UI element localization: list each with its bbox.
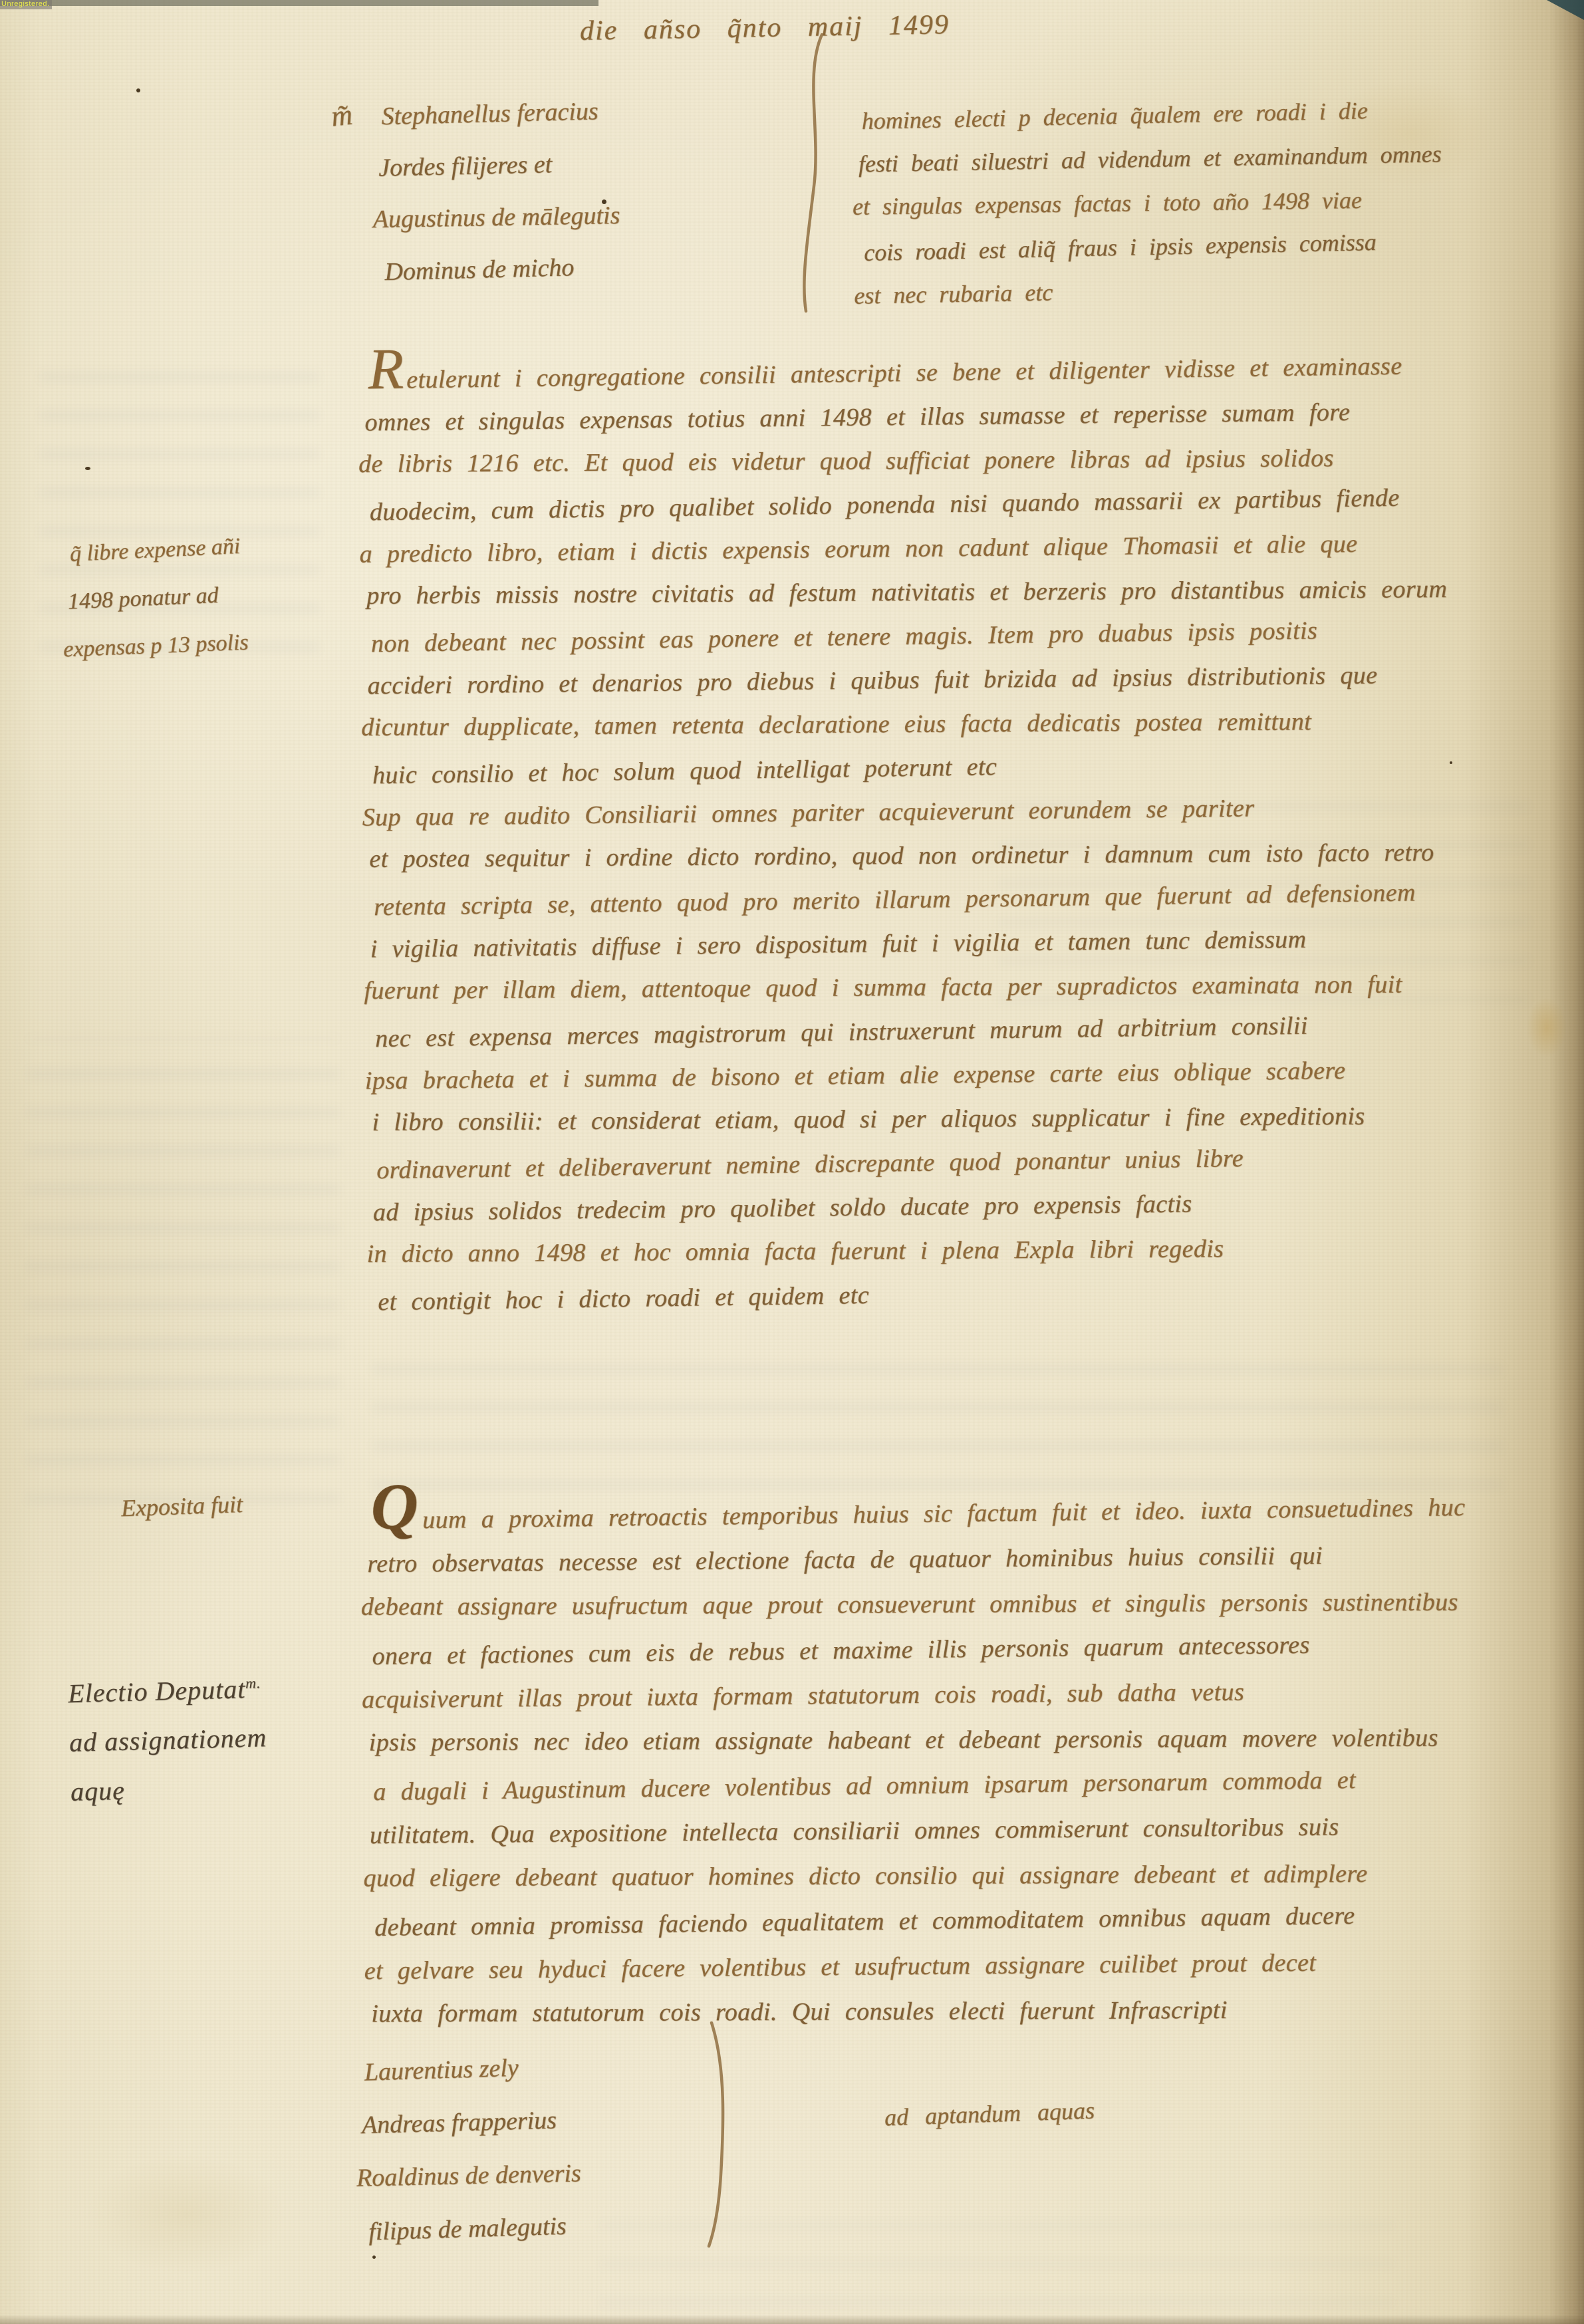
attendee-name: Jordes filijeres et xyxy=(378,137,619,194)
margin-note-expense: q̃ libre expense añi1498 ponatur adexpen… xyxy=(58,523,249,674)
exposita-paragraph: Quum a proxima retroactis temporibus hui… xyxy=(360,1480,1470,2039)
verso-bleedthrough xyxy=(372,1343,1503,1489)
verso-bleedthrough xyxy=(27,1037,339,1503)
scan-corner-backing xyxy=(1547,0,1584,20)
verso-bleedthrough xyxy=(598,2214,1396,2307)
ink-speck xyxy=(85,467,90,470)
attendee-name: Stephanellus feracius xyxy=(381,85,618,143)
paragraph-line: iuxta formam statutorum cois roadi. Qui … xyxy=(371,1986,1470,2036)
electio-line-2: ad assignationem xyxy=(68,1713,267,1767)
margin-note-exposita: Exposita fuit xyxy=(120,1490,243,1522)
deputies-assignment: ad aptandum aquas xyxy=(884,2096,1095,2131)
paper-stain xyxy=(1527,997,1567,1057)
manuscript-page: Unregistered. die añso q̃nto maij 1499 m… xyxy=(0,0,1584,2324)
attendee-name: Dominus de micho xyxy=(384,240,622,298)
deputy-name: filipus de malegutis xyxy=(368,2199,583,2259)
attendance-note: homines electi p decenia q̃ualem ere roa… xyxy=(851,88,1444,317)
deputy-name: Roaldinus de denveris xyxy=(356,2146,581,2204)
deputies-names-list: Laurentius zelyAndreas frapperiusRoaldin… xyxy=(353,2040,583,2259)
margin-note-line: 1498 ponatur ad xyxy=(67,571,247,626)
resolution-paragraph: Retulerunt i congregatione consilii ante… xyxy=(357,340,1454,1322)
attendance-brace-curve xyxy=(791,33,845,313)
deputy-name: Andreas frapperius xyxy=(361,2093,581,2152)
scanner-watermark: Unregistered. xyxy=(0,0,52,9)
margin-note-line: expensas p 13 psolis xyxy=(63,618,249,674)
date-heading: die añso q̃nto maij 1499 xyxy=(580,9,950,47)
page-bottom-shadow xyxy=(0,2315,1584,2324)
scan-top-edge xyxy=(0,0,598,6)
electio-superscript: m. xyxy=(245,1674,261,1692)
electio-line-3: aquę xyxy=(70,1762,269,1817)
ink-speck xyxy=(1450,761,1452,764)
electio-line-1: Electio Deputatm. xyxy=(67,1658,266,1718)
deputy-name: Laurentius zely xyxy=(364,2039,579,2099)
ink-speck xyxy=(136,88,140,92)
paper-stain xyxy=(86,2154,286,2274)
deputies-bracket-curve xyxy=(692,2021,745,2248)
attendance-names-list: Stephanellus feraciusJordes filijeres et… xyxy=(370,85,622,298)
margin-note-electio: Electio Deputatm. ad assignationem aquę xyxy=(67,1658,269,1817)
margin-note-line: q̃ libre expense añi xyxy=(68,523,245,579)
attendance-marker: m̃ xyxy=(329,97,354,133)
attendee-name: Augustinus de mālegutis xyxy=(372,190,620,245)
